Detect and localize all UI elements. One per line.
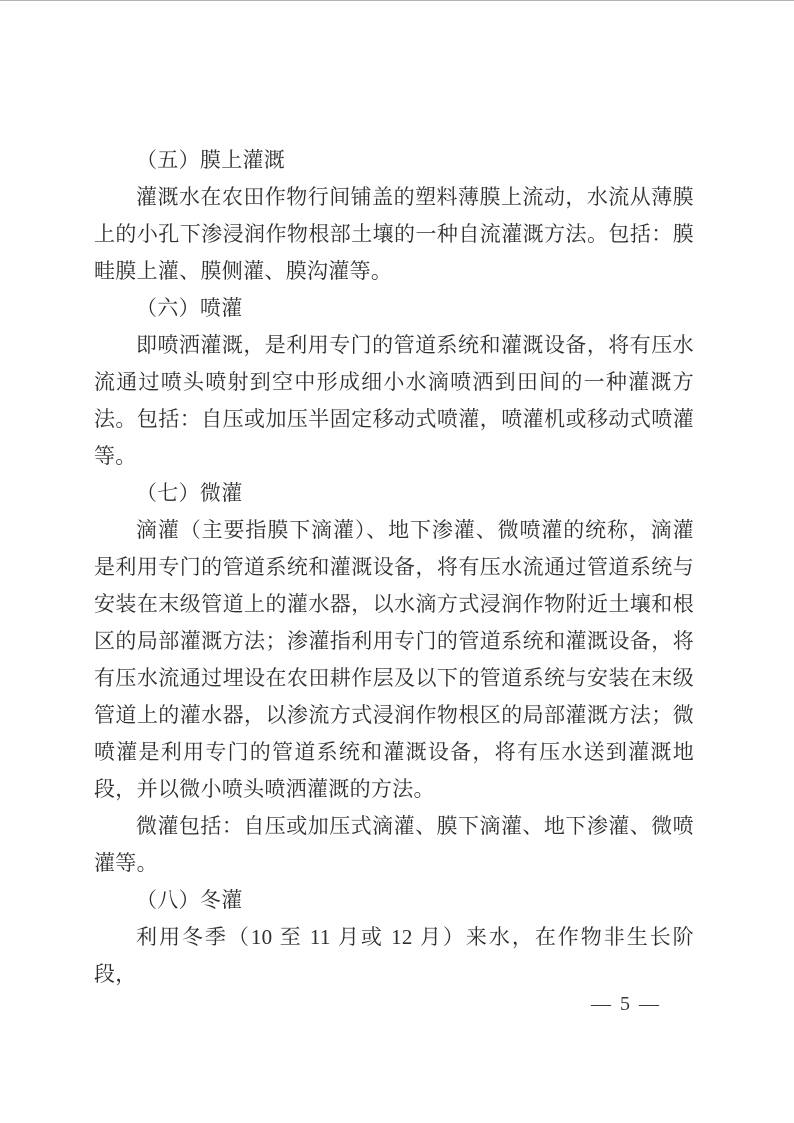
para-film-surface-irrigation: 灌溉水在农田作物行间铺盖的塑料薄膜上流动，水流从薄膜上的小孔下渗浸润作物根部土壤… <box>94 179 694 290</box>
para-micro-irrigation-includes: 微灌包括：自压或加压式滴灌、膜下滴灌、地下渗灌、微喷灌等。 <box>94 808 694 882</box>
heading-section-five: （五）膜上灌溉 <box>94 142 694 179</box>
para-winter-irrigation: 利用冬季（10 至 11 月或 12 月）来水，在作物非生长阶段， <box>94 919 694 993</box>
heading-section-eight: （八）冬灌 <box>94 882 694 919</box>
heading-section-six: （六）喷灌 <box>94 290 694 327</box>
document-body: （五）膜上灌溉 灌溉水在农田作物行间铺盖的塑料薄膜上流动，水流从薄膜上的小孔下渗… <box>94 142 694 993</box>
scan-edge-artifact <box>0 0 794 1</box>
page-number: — 5 — <box>591 992 661 1016</box>
heading-section-seven: （七）微灌 <box>94 475 694 512</box>
para-micro-irrigation: 滴灌（主要指膜下滴灌）、地下渗灌、微喷灌的统称，滴灌是利用专门的管道系统和灌溉设… <box>94 512 694 808</box>
para-sprinkler-irrigation: 即喷洒灌溉，是利用专门的管道系统和灌溉设备，将有压水流通过喷头喷射到空中形成细小… <box>94 327 694 475</box>
document-page: （五）膜上灌溉 灌溉水在农田作物行间铺盖的塑料薄膜上流动，水流从薄膜上的小孔下渗… <box>0 0 794 1123</box>
